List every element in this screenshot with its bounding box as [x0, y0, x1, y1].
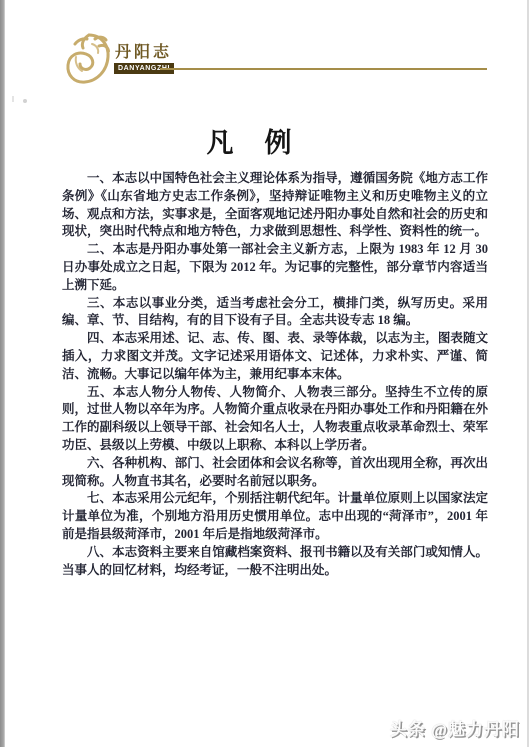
page-title: 凡 例 [90, 121, 410, 160]
paragraph-3: 三、本志以事业分类，适当考虑社会分工，横排门类，纵写历史。采用编、章、节、目结构… [62, 295, 488, 331]
header-rule [160, 68, 487, 70]
scan-speck [23, 99, 27, 103]
brand-title: 丹阳志 [115, 39, 172, 62]
scan-speck [12, 96, 14, 102]
paragraph-7: 七、本志采用公元纪年，个别括注朝代纪年。计量单位原则上以国家法定计量单位为准，个… [62, 490, 488, 543]
paragraph-8: 八、本志资料主要来自馆藏档案资料、报刊书籍以及有关部门或知情人。当事人的回忆材料… [62, 544, 488, 580]
paragraph-2: 二、本志是丹阳办事处第一部社会主义新方志，上限为 1983 年 12 月 30 … [62, 241, 488, 294]
paragraph-5: 五、本志人物分人物传、人物简介、人物表三部分。坚持生不立传的原则，过世人物以卒年… [62, 384, 488, 455]
fanli-text-block: 一、本志以中国特色社会主义理论体系为指导，遵循国务院《地方志工作条例》《山东省地… [62, 170, 488, 579]
phoenix-seal-icon [63, 31, 113, 85]
watermark: 头条 @魅力丹阳 [390, 715, 520, 740]
paragraph-4: 四、本志采用述、记、志、传、图、表、录等体裁，以志为主，图表随文插入，力求图文并… [62, 330, 488, 383]
page-left-edge [0, 0, 5, 747]
paragraph-6: 六、各种机构、部门、社会团体和会议名称等，首次出现用全称，再次出现简称。人物直书… [62, 455, 488, 491]
paragraph-1: 一、本志以中国特色社会主义理论体系为指导，遵循国务院《地方志工作条例》《山东省地… [62, 170, 488, 241]
scanned-book-page: { "header": { "brand": "丹阳志", "brand_rom… [0, 0, 529, 747]
